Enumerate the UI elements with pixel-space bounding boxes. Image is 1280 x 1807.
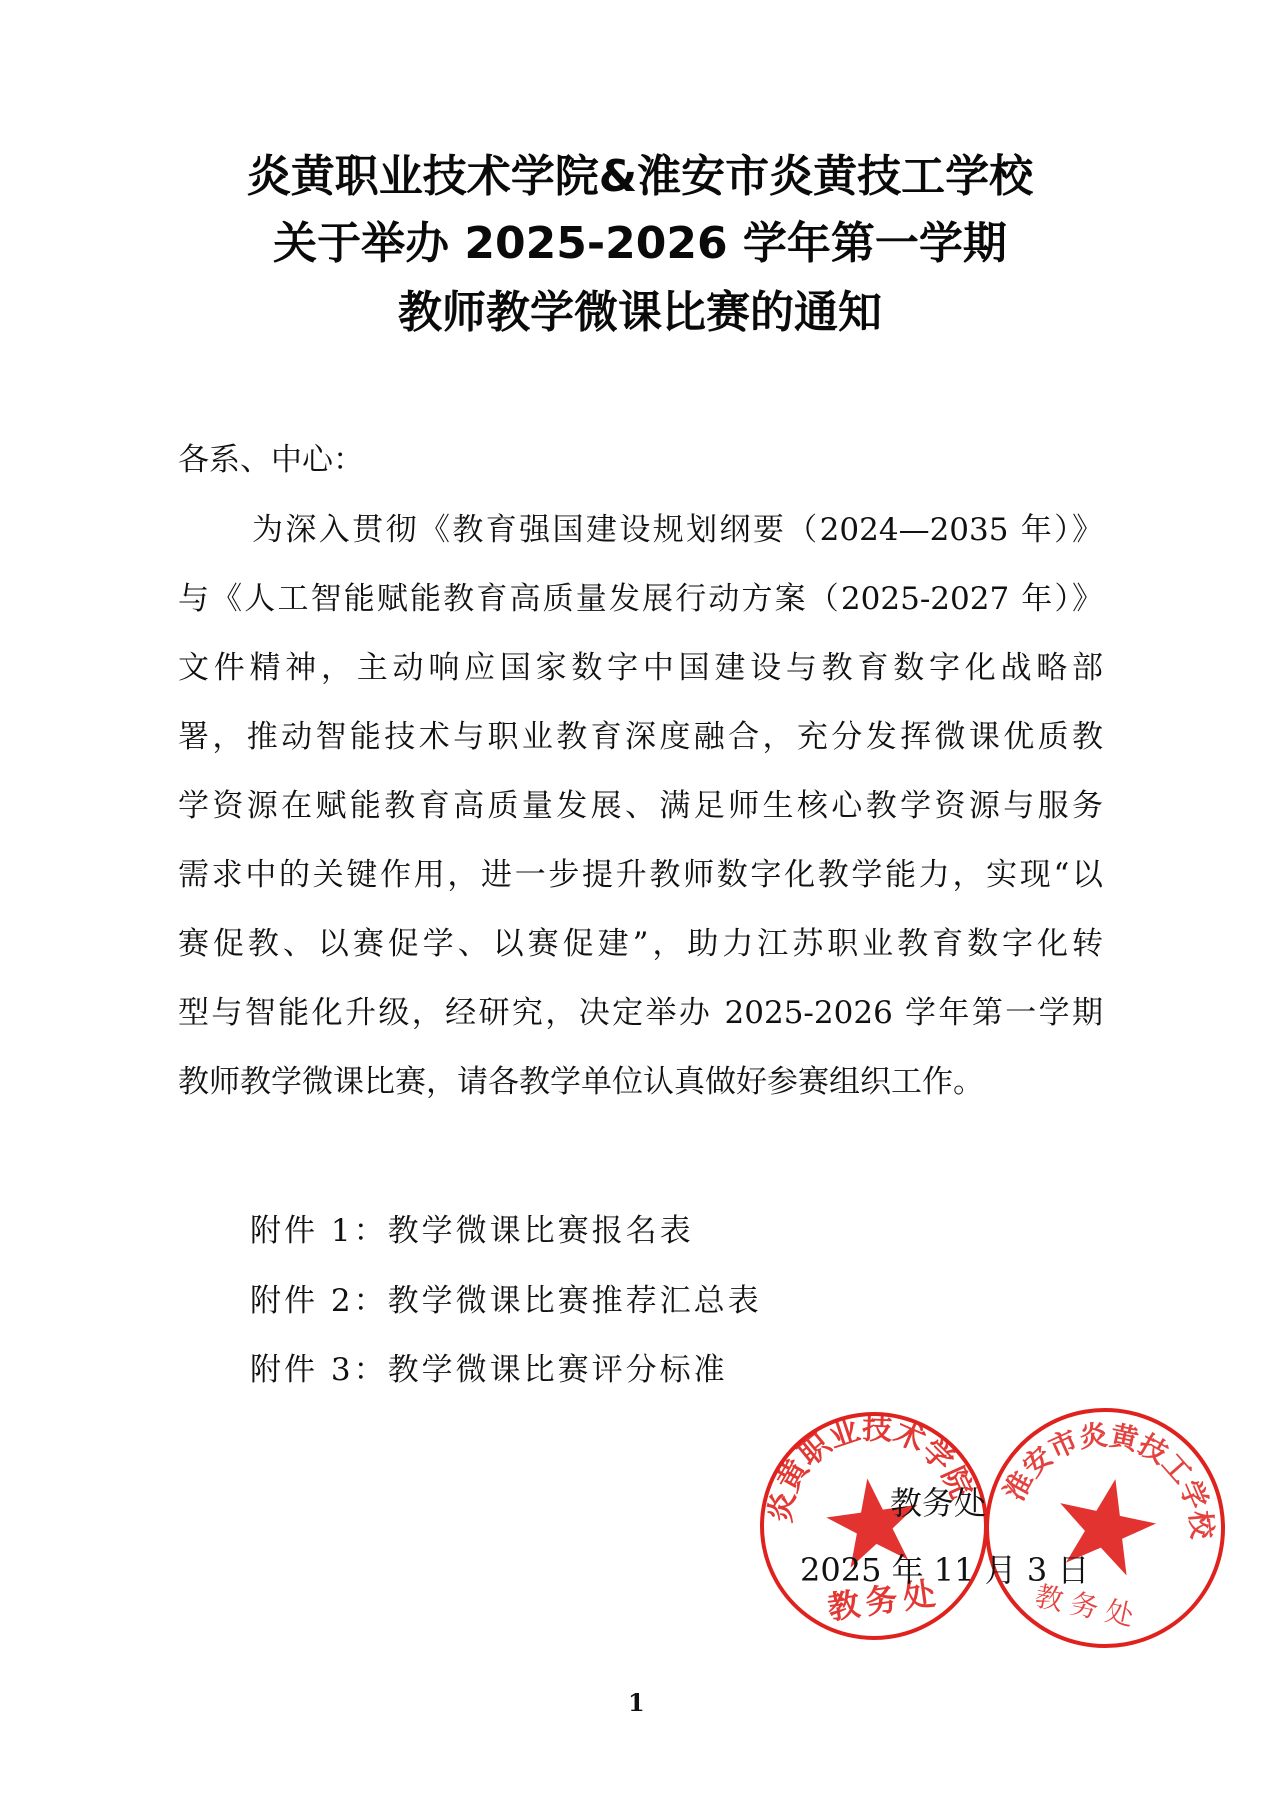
body-line: 与《人工智能赋能教育高质量发展行动方案（2025-2027 年）》 [178,581,1103,617]
body-line: 教师教学微课比赛，请各教学单位认真做好参赛组织工作。 [178,1064,1103,1100]
document-title-line-1: 炎黄职业技术学院&淮安市炎黄技工学校 [0,153,1280,201]
seal-graphic: 淮安市炎黄技工学校 教务处 [967,1390,1242,1665]
issue-date: 2025 年 11 月 3 日 [800,1545,1089,1591]
document-title-line-2: 关于举办 2025-2026 学年第一学期 [0,220,1280,268]
body-line: 型与智能化升级，经研究，决定举办 2025-2026 学年第一学期 [178,995,1103,1031]
salutation: 各系、中心： [178,442,364,478]
official-seal-college: 炎黄职业技术学院 教务处 [745,1397,1003,1655]
attachment-item: 附件 1：教学微课比赛报名表 [250,1213,694,1249]
attachment-item: 附件 3：教学微课比赛评分标准 [250,1352,728,1388]
page-number: 1 [628,1688,645,1717]
seal-graphic: 炎黄职业技术学院 教务处 [750,1402,998,1650]
body-line: 文件精神，主动响应国家数字中国建设与教育数字化战略部 [178,650,1103,686]
body-line: 学资源在赋能教育高质量发展、满足师生核心教学资源与服务 [178,788,1103,824]
attachment-item: 附件 2：教学微课比赛推荐汇总表 [250,1283,762,1319]
body-line: 署，推动智能技术与职业教育深度融合，充分发挥微课优质教 [178,719,1103,755]
body-line: 赛促教、以赛促学、以赛促建”，助力江苏职业教育数字化转 [178,926,1103,962]
document-title-line-3: 教师教学微课比赛的通知 [0,289,1280,337]
official-seal-school: 淮安市炎黄技工学校 教务处 [963,1386,1248,1671]
body-line: 需求中的关键作用，进一步提升教师数字化教学能力，实现“以 [178,857,1103,893]
body-line: 为深入贯彻《教育强国建设规划纲要（2024—2035 年）》 [252,512,1103,548]
issuer-signature: 教务处 [890,1478,986,1524]
